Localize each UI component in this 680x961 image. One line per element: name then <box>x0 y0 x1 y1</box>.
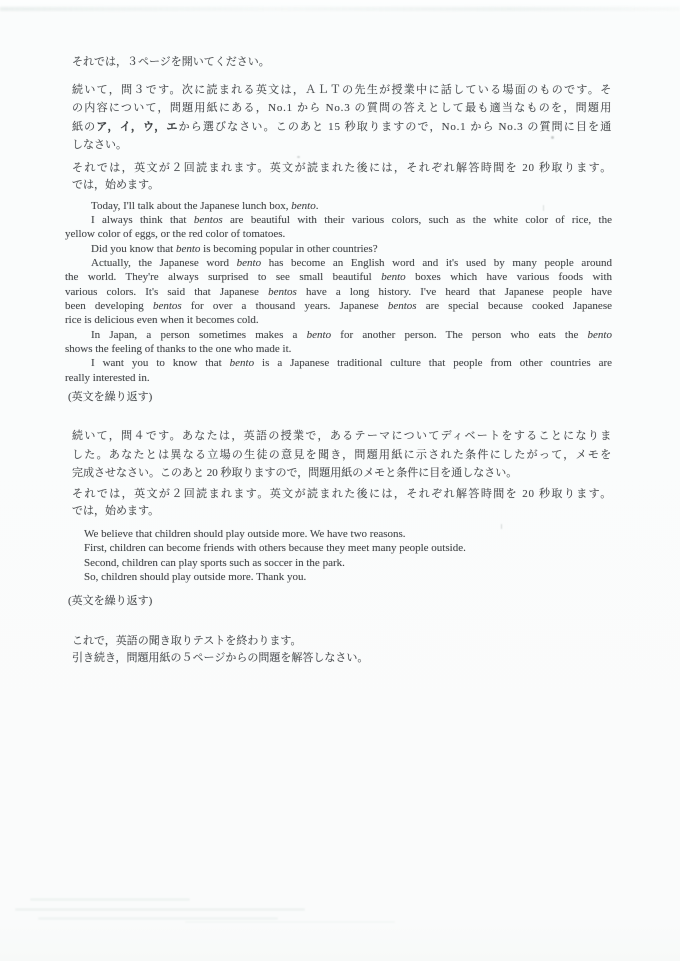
text-segment: shows the feeling of thanks to the one w… <box>65 343 291 355</box>
text-line: So, children should play outside more. T… <box>65 570 612 585</box>
text-segment: Actually, the Japanese word <box>91 257 237 269</box>
paragraph-read-twice-q4: それでは，英文が２回読まれます。英文が読まれた後には，それぞれ解答時間を 20 … <box>72 486 612 521</box>
scan-artifact <box>15 908 305 911</box>
paragraph-read-twice-q3: それでは，英文が２回読まれます。英文が読まれた後には，それぞれ解答時間を 20 … <box>72 160 612 195</box>
text-line: Today, I'll talk about the Japanese lunc… <box>65 199 612 213</box>
text-line: の内容について，問題用紙にある，No.1 から No.3 の質問の答えとして最も… <box>72 99 612 118</box>
text-segment: では，始めます。 <box>72 179 159 191</box>
text-segment: In Japan, a person sometimes makes a <box>91 329 307 341</box>
screenshot-root: { "meta": { "kind": "scanned printed tes… <box>0 0 680 961</box>
text-line: 引き続き，問題用紙の５ページからの問題を解答しなさい。 <box>72 650 612 667</box>
text-segment: We believe that children should play out… <box>84 528 406 540</box>
text-segment: for over a thousand years. Japanese <box>182 300 388 312</box>
text-line: しなさい。 <box>72 136 612 155</box>
text-line: shows the feeling of thanks to the one w… <box>65 342 612 356</box>
text-segment: 紙の <box>72 121 96 133</box>
text-segment: are special because cooked Japanese <box>417 300 612 312</box>
paragraph-question4-instructions: 続いて，問４です。あなたは，英語の授業で，あるテーマについてディベートをすること… <box>72 427 612 483</box>
scan-artifact <box>501 524 502 529</box>
text-segment: 引き続き，問題用紙の５ページからの問題を解答しなさい。 <box>72 652 368 664</box>
scan-artifact <box>551 136 554 139</box>
text-line: I always think that bentos are beautiful… <box>65 213 612 227</box>
text-line: では，始めます。 <box>72 503 612 521</box>
text-segment: これで，英語の聞き取りテストを終わります。 <box>72 635 301 647</box>
italic-term: bento <box>237 257 261 269</box>
italic-term: bento <box>176 243 200 255</box>
text-segment: 続いて，問３です。次に読まれる英文は，ＡＬＴの先生が授業中に話している場面のもの… <box>72 84 612 96</box>
document-content: それでは，３ページを開いてください。 続いて，問３です。次に読まれる英文は，ＡＬ… <box>0 0 680 666</box>
text-segment: boxes which have various foods with <box>406 271 612 283</box>
text-segment: それでは，英文が２回読まれます。英文が読まれた後には，それぞれ解答時間を 20 … <box>72 162 612 174</box>
text-segment: rice is delicious even when it becomes c… <box>65 314 259 326</box>
text-line: We believe that children should play out… <box>65 527 612 542</box>
text-segment: been developing <box>65 300 153 312</box>
text-segment: した。あなたとは異なる立場の生徒の意見を聞き，問題用紙に示された条件にしたがって… <box>72 449 612 461</box>
text-line: various colors. It's said that Japanese … <box>65 285 612 299</box>
note-repeat-english-2: (英文を繰り返す) <box>68 592 612 611</box>
text-segment: それでは，英文が２回読まれます。英文が読まれた後には，それぞれ解答時間を 20 … <box>72 488 612 500</box>
italic-term: bentos <box>153 300 182 312</box>
italic-term: bento <box>381 271 405 283</box>
text-segment: for another person. The person who eats … <box>331 329 587 341</box>
text-segment: から選びなさい。このあと 15 秒取りますので，No.1 から No.3 の質問… <box>179 121 612 133</box>
italic-term: bento <box>307 329 331 341</box>
text-segment: 続いて，問４です。あなたは，英語の授業で，あるテーマについてディベートをすること… <box>72 430 612 442</box>
text-segment: しなさい。 <box>72 139 127 151</box>
text-segment: それでは，３ページを開いてください。 <box>72 56 270 68</box>
text-line: それでは，英文が２回読まれます。英文が読まれた後には，それぞれ解答時間を 20 … <box>72 160 612 178</box>
text-segment: (英文を繰り返す) <box>68 391 152 403</box>
text-segment: では，始めます。 <box>72 505 159 517</box>
scan-artifact <box>297 156 300 158</box>
italic-term: bentos <box>194 214 223 226</box>
text-line: それでは，英文が２回読まれます。英文が読まれた後には，それぞれ解答時間を 20 … <box>72 486 612 504</box>
text-segment: I want you to know that <box>91 357 230 369</box>
text-line: 完成させなさい。このあと 20 秒取りますので，問題用紙のメモと条件に目を通しな… <box>72 464 612 483</box>
text-segment: really interested in. <box>65 372 150 384</box>
scan-artifact <box>38 917 278 920</box>
text-line: Did you know that bento is becoming popu… <box>65 242 612 256</box>
text-segment: Did you know that <box>91 243 176 255</box>
text-segment: are beautiful with their various colors,… <box>223 214 612 226</box>
text-segment: have a long history. I've heard that Jap… <box>297 286 612 298</box>
text-segment: の内容について，問題用紙にある，No.1 から No.3 の質問の答えとして最も… <box>72 102 612 114</box>
text-line: 続いて，問３です。次に読まれる英文は，ＡＬＴの先生が授業中に話している場面のもの… <box>72 81 612 100</box>
italic-term: bentos <box>388 300 417 312</box>
text-line: rice is delicious even when it becomes c… <box>65 313 612 327</box>
italic-term: bento <box>230 357 254 369</box>
text-segment: Second, children can play sports such as… <box>84 557 345 569</box>
text-line: Second, children can play sports such as… <box>65 556 612 571</box>
scan-artifact <box>543 205 544 211</box>
text-segment: is a Japanese traditional culture that p… <box>254 357 612 369</box>
text-line: した。あなたとは異なる立場の生徒の意見を聞き，問題用紙に示された条件にしたがって… <box>72 446 612 465</box>
text-line: これで，英語の聞き取りテストを終わります。 <box>72 633 612 650</box>
text-segment: is becoming popular in other countries? <box>200 243 377 255</box>
note-repeat-english-1: (英文を繰り返す) <box>68 388 612 407</box>
passage-bento-talk: Today, I'll talk about the Japanese lunc… <box>65 199 612 385</box>
text-line: 続いて，問４です。あなたは，英語の授業で，あるテーマについてディベートをすること… <box>72 427 612 446</box>
scan-artifact <box>30 898 190 901</box>
text-line: yellow color of eggs, or the red color o… <box>65 227 612 241</box>
scan-artifact <box>185 921 395 923</box>
text-segment: various colors. It's said that Japanese <box>65 286 268 298</box>
text-segment: yellow color of eggs, or the red color o… <box>65 228 285 240</box>
text-line: それでは，３ページを開いてください。 <box>72 53 612 72</box>
text-line: (英文を繰り返す) <box>68 592 612 611</box>
text-line: First, children can become friends with … <box>65 541 612 556</box>
text-segment: I always think that <box>91 214 194 226</box>
text-line: では，始めます。 <box>72 177 612 195</box>
text-segment: . <box>316 200 319 212</box>
scanned-page: それでは，３ページを開いてください。 続いて，問３です。次に読まれる英文は，ＡＬ… <box>0 0 680 961</box>
text-line: (英文を繰り返す) <box>68 388 612 407</box>
text-line: really interested in. <box>65 371 612 385</box>
italic-term: bento <box>291 200 315 212</box>
text-segment: First, children can become friends with … <box>84 542 466 554</box>
text-line: the world. They're always surprised to s… <box>65 270 612 284</box>
text-line: Actually, the Japanese word bento has be… <box>65 256 612 270</box>
text-line: been developing bentos for over a thousa… <box>65 299 612 313</box>
paragraph-open-page-3: それでは，３ページを開いてください。 <box>72 53 612 72</box>
text-line: 紙のア，イ，ウ，エから選びなさい。このあと 15 秒取りますので，No.1 から… <box>72 118 612 137</box>
italic-term: bentos <box>268 286 297 298</box>
italic-term: bento <box>588 329 612 341</box>
text-line: I want you to know that bento is a Japan… <box>65 356 612 370</box>
paragraph-closing: これで，英語の聞き取りテストを終わります。引き続き，問題用紙の５ページからの問題… <box>72 633 612 666</box>
paragraph-question3-instructions: 続いて，問３です。次に読まれる英文は，ＡＬＴの先生が授業中に話している場面のもの… <box>72 81 612 155</box>
text-segment: 完成させなさい。このあと 20 秒取りますので，問題用紙のメモと条件に目を通しな… <box>72 467 517 479</box>
text-segment: has become an English word and it's used… <box>261 257 612 269</box>
passage-debate-opinion: We believe that children should play out… <box>65 527 612 585</box>
text-segment: So, children should play outside more. T… <box>84 571 306 583</box>
bold-choice-labels: ア，イ，ウ，エ <box>96 121 178 133</box>
text-segment: Today, I'll talk about the Japanese lunc… <box>91 200 291 212</box>
text-line: In Japan, a person sometimes makes a ben… <box>65 328 612 342</box>
text-segment: the world. They're always surprised to s… <box>65 271 381 283</box>
text-segment: (英文を繰り返す) <box>68 595 152 607</box>
